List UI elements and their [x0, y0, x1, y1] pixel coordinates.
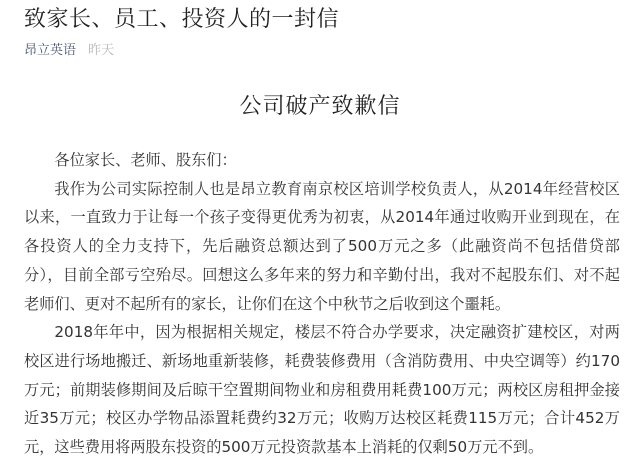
article-meta: 昂立英语 昨天 — [24, 43, 114, 59]
letter-salutation: 各位家长、老师、股东们： — [24, 146, 620, 175]
letter-heading: 公司破产致歉信 — [0, 92, 640, 122]
letter-paragraph-1: 我作为公司实际控制人也是昂立教育南京校区培训学校负责人，从2014年经营校区以来… — [24, 175, 620, 319]
article: 致家长、员工、投资人的一封信 昂立英语 昨天 公司破产致歉信 各位家长、老师、股… — [0, 0, 640, 467]
publish-date: 昨天 — [88, 43, 114, 58]
author-name[interactable]: 昂立英语 — [24, 43, 76, 58]
article-title: 致家长、员工、投资人的一封信 — [24, 6, 339, 34]
letter-body: 各位家长、老师、股东们： 我作为公司实际控制人也是昂立教育南京校区培训学校负责人… — [24, 146, 620, 462]
letter-paragraph-2: 2018年年中，因为根据相关规定，楼层不符合办学要求，决定融资扩建校区，对两校区… — [24, 318, 620, 462]
